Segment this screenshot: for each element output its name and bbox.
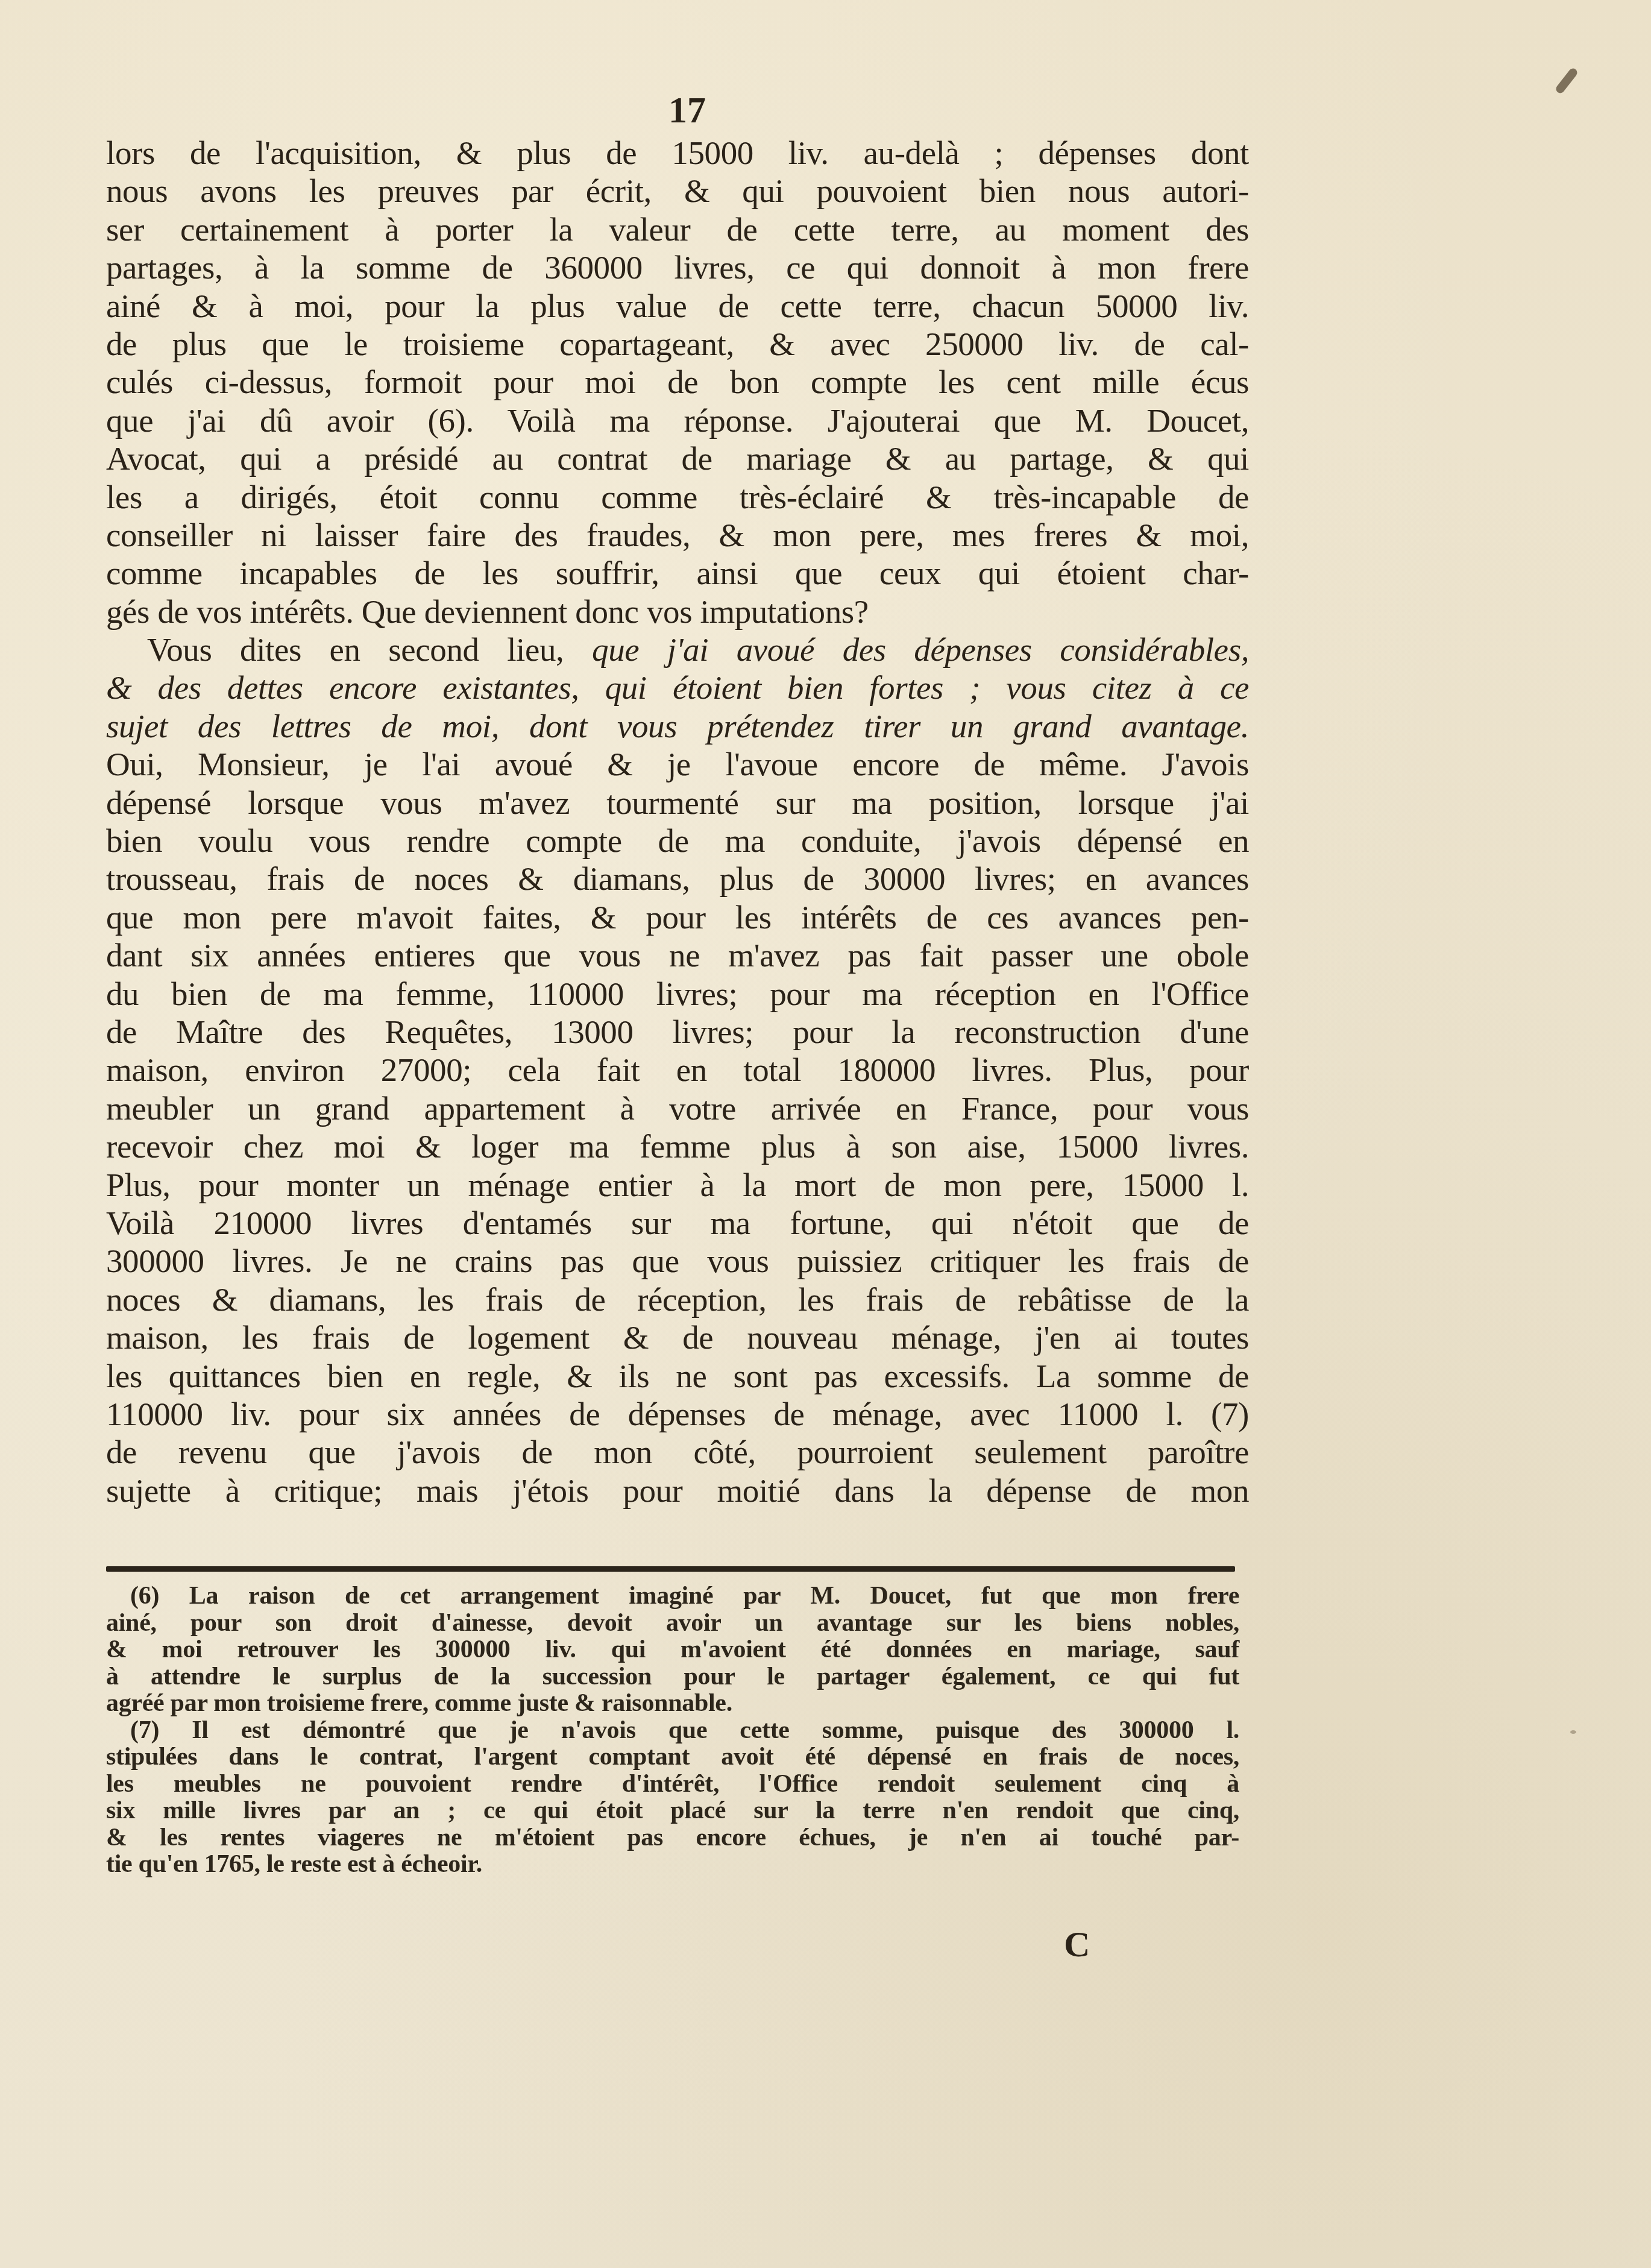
text-line: sujette à critique; mais j'étois pour mo… (106, 1472, 1249, 1510)
text-line: lors de l'acquisition, & plus de 15000 l… (106, 134, 1249, 172)
text-line: 110000 liv. pour six années de dépenses … (106, 1395, 1249, 1433)
footnote-line: stipulées dans le contrat, l'argent comp… (106, 1744, 1239, 1771)
text-line: de plus que le troisieme copartageant, &… (106, 325, 1249, 363)
footnote-line: tie qu'en 1765, le reste est à écheoir. (106, 1851, 1239, 1878)
footnotes-block: (6) La raison de cet arrangement imaginé… (106, 1583, 1239, 1878)
text-line: Avocat, qui a présidé au contrat de mari… (106, 439, 1249, 477)
text-line: trousseau, frais de noces & diamans, plu… (106, 860, 1249, 898)
footnote-line: agréé par mon troisieme frere, comme jus… (106, 1690, 1239, 1717)
text-line: dant six années entieres que vous ne m'a… (106, 936, 1249, 974)
footnote-line: six mille livres par an ; ce qui étoit p… (106, 1797, 1239, 1824)
text-line: que mon pere m'avoit faites, & pour les … (106, 898, 1249, 936)
text-line: les quittances bien en regle, & ils ne s… (106, 1357, 1249, 1395)
text-line: Voilà 210000 livres d'entamés sur ma for… (106, 1204, 1249, 1242)
italic-quote-line: & des dettes encore existantes, qui étoi… (106, 669, 1249, 707)
text-line: maison, environ 27000; cela fait en tota… (106, 1051, 1249, 1089)
footnote-line: & les rentes viageres ne m'étoient pas e… (106, 1824, 1239, 1851)
text-line: que j'ai dû avoir (6). Voilà ma réponse.… (106, 402, 1249, 439)
text-line: bien voulu vous rendre compte de ma cond… (106, 822, 1249, 860)
main-text-block: lors de l'acquisition, & plus de 15000 l… (106, 134, 1249, 1510)
text-line: noces & diamans, les frais de réception,… (106, 1280, 1249, 1318)
plain-text: Vous dites en second lieu, (147, 631, 592, 668)
signature-mark: C (1064, 1926, 1090, 1962)
footnote-line: ainé, pour son droit d'ainesse, devoit a… (106, 1610, 1239, 1637)
text-line: recevoir chez moi & loger ma femme plus … (106, 1127, 1249, 1165)
text-line: culés ci-dessus, formoit pour moi de bon… (106, 363, 1249, 401)
footnote-line: (7) Il est démontré que je n'avois que c… (106, 1717, 1239, 1744)
text-line: meubler un grand appartement à votre arr… (106, 1089, 1249, 1127)
footnote-divider-rule (106, 1566, 1235, 1572)
text-line: conseiller ni laisser faire des fraudes,… (106, 516, 1249, 554)
text-line: 300000 livres. Je ne crains pas que vous… (106, 1242, 1249, 1280)
text-line: dépensé lorsque vous m'avez tourmenté su… (106, 784, 1249, 822)
text-line: comme incapables de les souffrir, ainsi … (106, 554, 1249, 592)
text-line: partages, à la somme de 360000 livres, c… (106, 248, 1249, 286)
text-line: Plus, pour monter un ménage entier à la … (106, 1166, 1249, 1204)
page-number: 17 (663, 92, 711, 129)
paper-speck (1570, 1730, 1576, 1734)
footnote-line: les meubles ne pouvoient rendre d'intérê… (106, 1771, 1239, 1798)
footnote-line: (6) La raison de cet arrangement imaginé… (106, 1583, 1239, 1610)
text-line: les a dirigés, étoit connu comme très-éc… (106, 478, 1249, 516)
text-line: ainé & à moi, pour la plus value de cett… (106, 287, 1249, 325)
text-line: de revenu que j'avois de mon côté, pourr… (106, 1433, 1249, 1471)
italic-quote-line: sujet des lettres de moi, dont vous prét… (106, 707, 1249, 745)
text-line-mixed: Vous dites en second lieu, que j'ai avou… (106, 631, 1249, 669)
italic-quote: que j'ai avoué des dépenses considérable… (592, 631, 1249, 668)
text-line: maison, les frais de logement & de nouve… (106, 1318, 1249, 1356)
text-line: du bien de ma femme, 110000 livres; pour… (106, 975, 1249, 1013)
text-line: de Maître des Requêtes, 13000 livres; po… (106, 1013, 1249, 1051)
text-line: ser certainement à porter la valeur de c… (106, 210, 1249, 248)
footnote-line: à attendre le surplus de la succession p… (106, 1663, 1239, 1690)
text-line: gés de vos intérêts. Que deviennent donc… (106, 593, 1249, 631)
text-line: Oui, Monsieur, je l'ai avoué & je l'avou… (106, 745, 1249, 783)
footnote-7: (7) Il est démontré que je n'avois que c… (106, 1717, 1239, 1878)
text-line: nous avons les preuves par écrit, & qui … (106, 172, 1249, 210)
footnote-6: (6) La raison de cet arrangement imaginé… (106, 1583, 1239, 1717)
footnote-line: & moi retrouver les 300000 liv. qui m'av… (106, 1636, 1239, 1663)
